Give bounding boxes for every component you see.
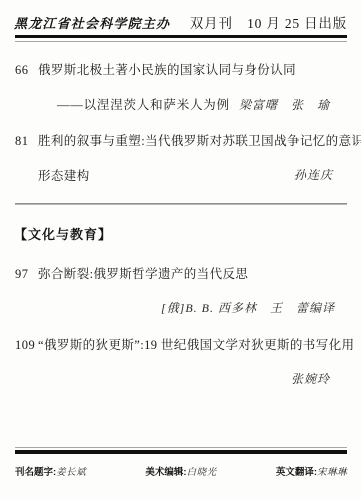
page-number: 81 — [15, 134, 29, 149]
credit-label: 刊名题字: — [15, 467, 56, 478]
credit-name: 姜长斌 — [56, 468, 86, 478]
credit-art-editor: 美术编辑:白晓光 — [145, 462, 216, 480]
credit-calligraphy: 刊名题字:姜长斌 — [15, 462, 86, 480]
article-authors: 张婉玲 — [291, 370, 330, 387]
page-number: 66 — [15, 63, 29, 78]
credit-label: 美术编辑: — [145, 467, 186, 478]
article-title: 胜利的叙事与重塑:当代俄罗斯对苏联卫国战争记忆的意识 — [38, 131, 361, 149]
article-authors: [俄]B. B. 西多林 王 蕾编译 — [161, 299, 335, 316]
article-title: “俄罗斯的狄更斯”:19 世纪俄国文学对狄更斯的书写化用 — [38, 335, 354, 353]
publisher-title: 黑龙江省社会科学院主办 — [14, 13, 170, 32]
page-number: 109 — [15, 338, 29, 353]
top-rule-thick — [15, 35, 347, 38]
article-title-continued: 形态建构 — [38, 166, 90, 184]
credit-label: 英文翻译: — [276, 467, 317, 478]
toc-entry-97: 97 弥合断裂:俄罗斯哲学遗产的当代反思 — [15, 264, 347, 282]
footer-credits: 刊名题字:姜长斌 美术编辑:白晓光 英文翻译:宋琳琳 — [15, 462, 347, 480]
section-header-culture-education: 【文化与教育】 — [14, 224, 112, 243]
credit-name: 白晓光 — [187, 468, 217, 478]
top-rule-thin — [15, 41, 347, 42]
bottom-rule-thick — [15, 450, 347, 454]
bottom-rule-thin — [15, 447, 347, 448]
issue-info: 双月刊 10 月 25 日出版 — [190, 12, 347, 32]
article-subtitle: ——以涅涅茨人和萨米人为例 — [57, 95, 230, 113]
article-title: 弥合断裂:俄罗斯哲学遗产的当代反思 — [38, 264, 248, 282]
article-authors: 梁富曙 张 瑜 — [239, 96, 330, 113]
article-authors: 孙连庆 — [294, 166, 333, 183]
credit-english-translation: 英文翻译:宋琳琳 — [276, 462, 347, 480]
toc-entry-66: 66 俄罗斯北极土著小民族的国家认同与身份认同 — [15, 60, 347, 78]
journal-toc-page: 黑龙江省社会科学院主办 双月刊 10 月 25 日出版 66 俄罗斯北极土著小民… — [0, 0, 361, 500]
article-title: 俄罗斯北极土著小民族的国家认同与身份认同 — [38, 60, 296, 78]
credit-name: 宋琳琳 — [317, 468, 347, 478]
toc-entry-81: 81 胜利的叙事与重塑:当代俄罗斯对苏联卫国战争记忆的意识 — [15, 131, 347, 149]
toc-entry-109: 109 “俄罗斯的狄更斯”:19 世纪俄国文学对狄更斯的书写化用 — [15, 335, 347, 353]
section-divider-rule — [15, 203, 347, 205]
page-number: 97 — [15, 267, 29, 282]
